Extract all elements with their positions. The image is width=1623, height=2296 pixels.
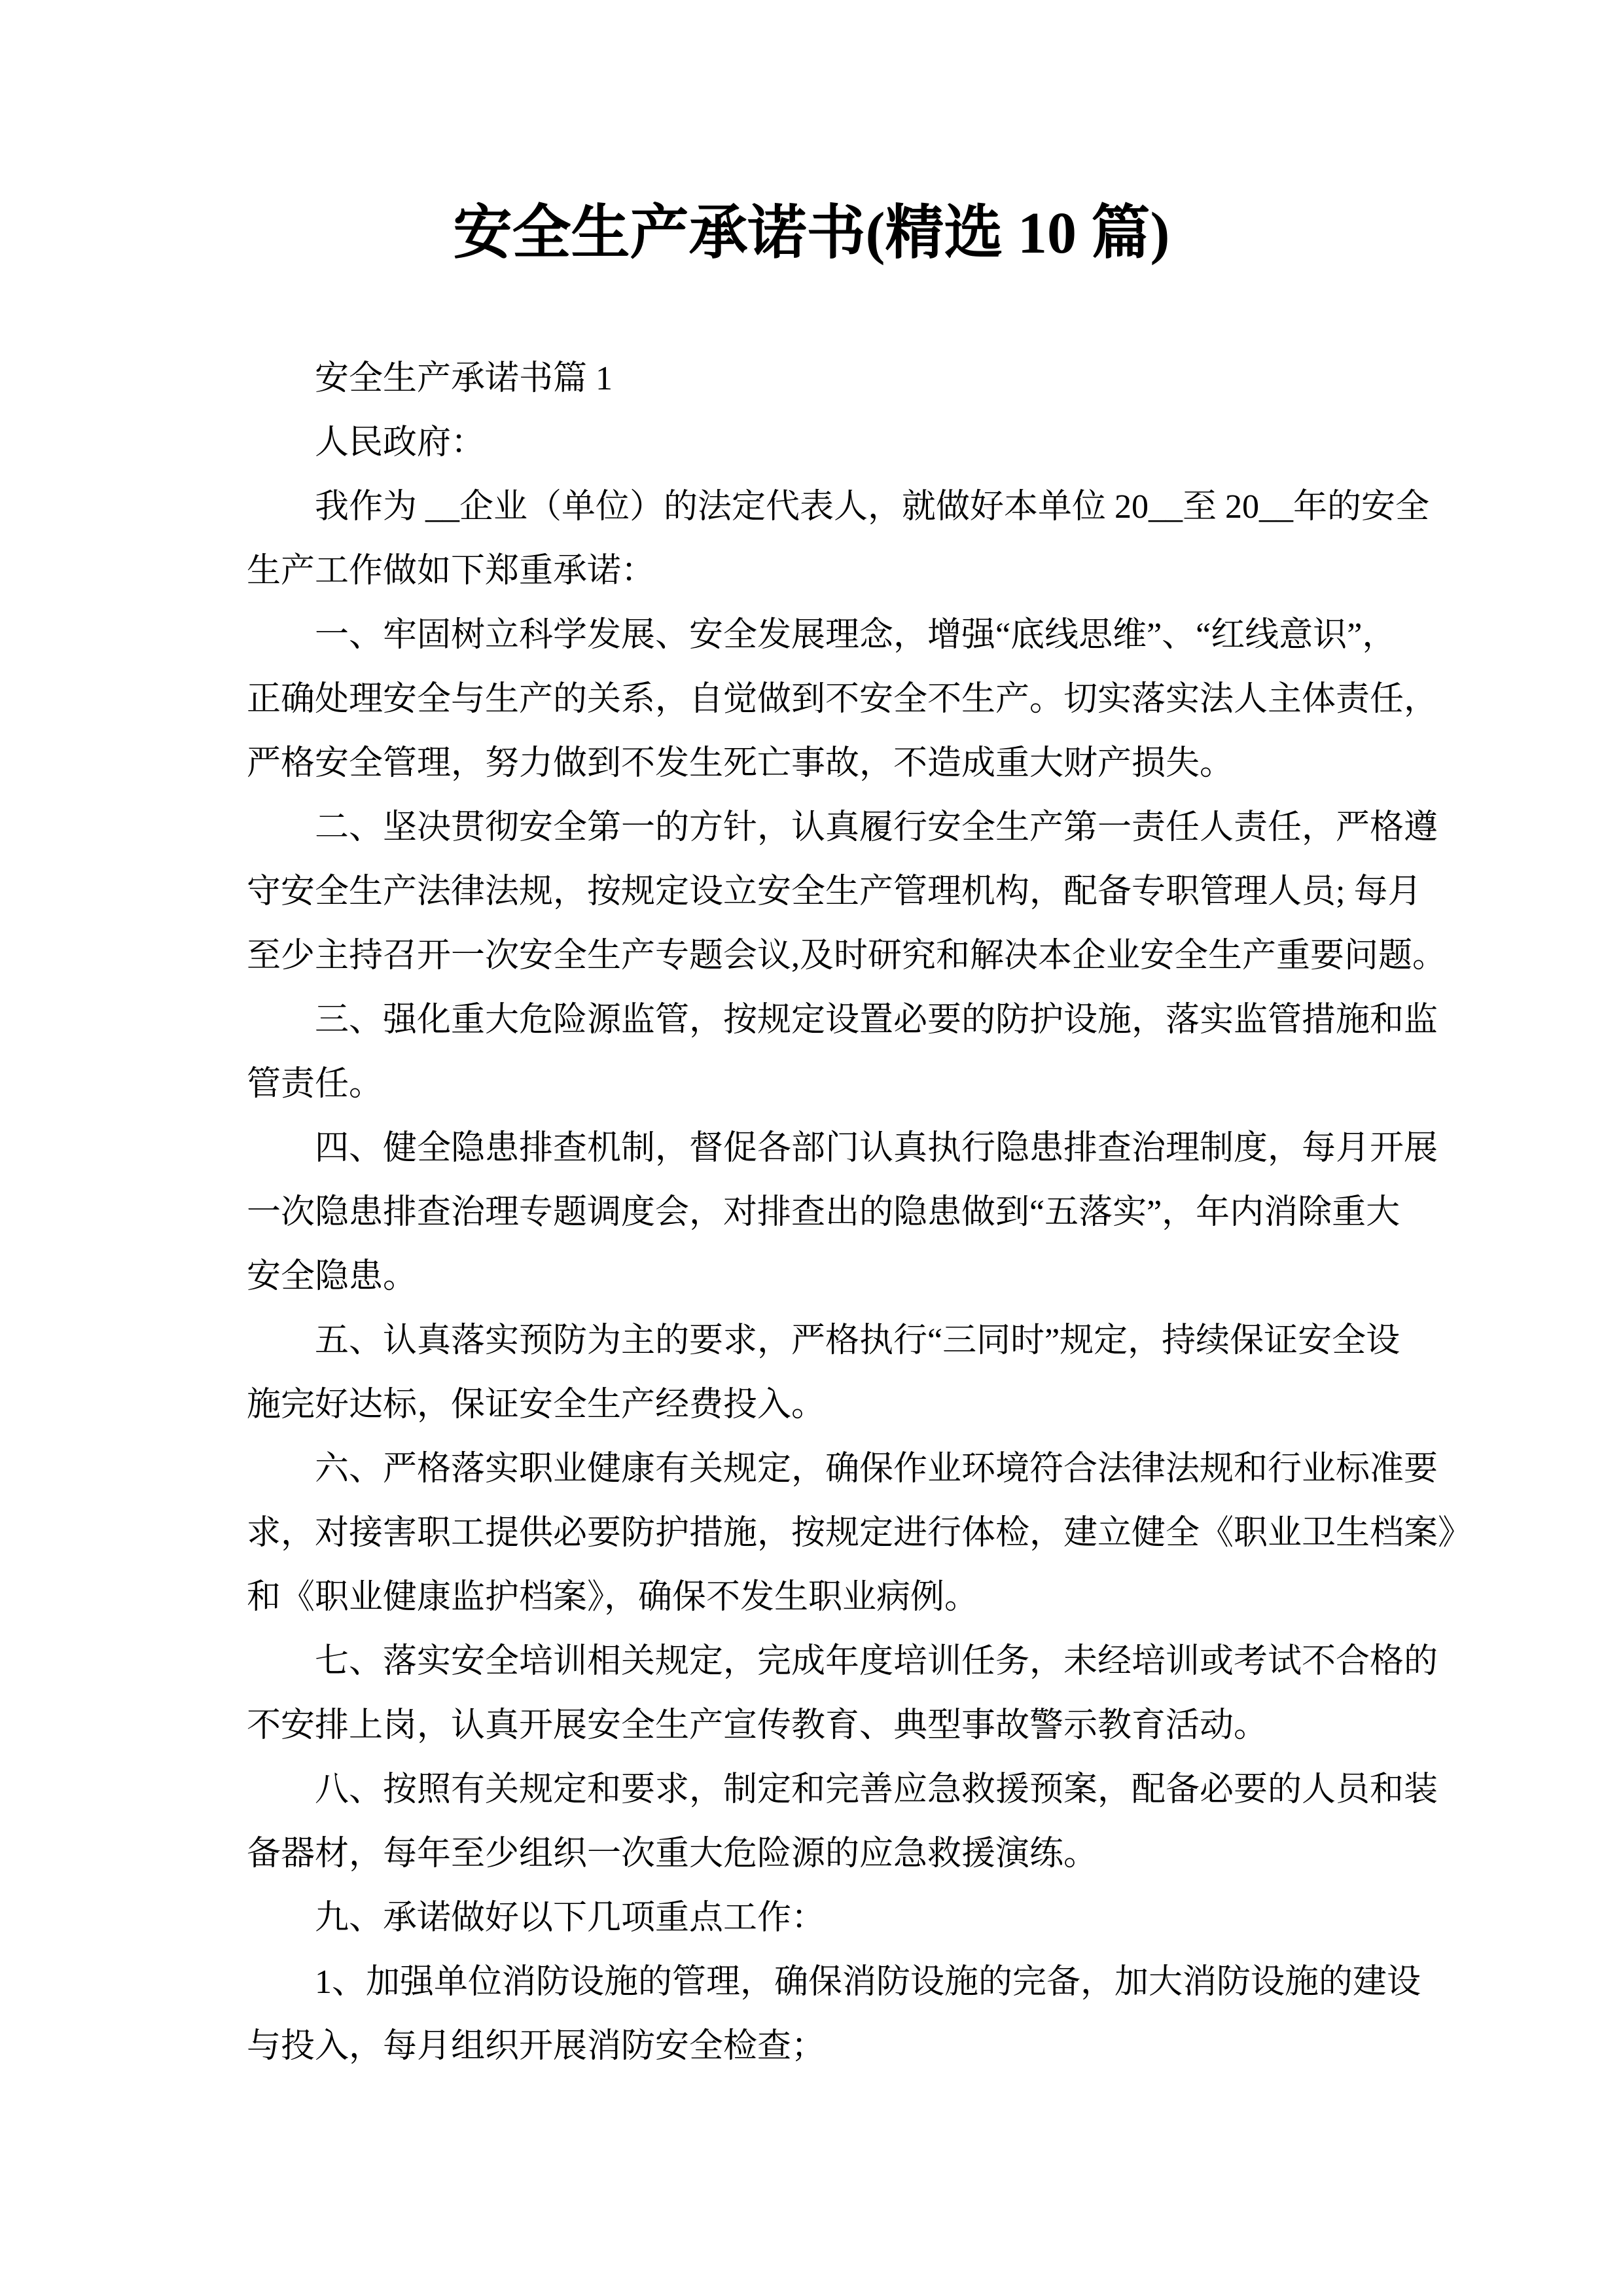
text-line: 与投入，每月组织开展消防安全检查；: [247, 2015, 1379, 2079]
text-line: 七、落实安全培训相关规定，完成年度培训任务，未经培训或考试不合格的: [247, 1630, 1379, 1694]
text-line: 一次隐患排查治理专题调度会，对排查出的隐患做到“五落实”，年内消除重大: [247, 1181, 1379, 1245]
text-line: 安全隐患。: [247, 1245, 1379, 1309]
document-page: 安全生产承诺书(精选 10 篇) 安全生产承诺书篇 1人民政府：我作为 __企业…: [0, 0, 1623, 2296]
paragraph: 人民政府：: [247, 411, 1379, 475]
paragraph: 安全生产承诺书篇 1: [247, 347, 1379, 411]
text-line: 求，对接害职工提供必要防护措施，按规定进行体检，建立健全《职业卫生档案》: [247, 1501, 1379, 1566]
text-line: 备器材，每年至少组织一次重大危险源的应急救援演练。: [247, 1822, 1379, 1886]
paragraph: 五、认真落实预防为主的要求，严格执行“三同时”规定，持续保证安全设施完好达标，保…: [247, 1309, 1379, 1437]
paragraph: 我作为 __企业（单位）的法定代表人，就做好本单位 20__至 20__年的安全…: [247, 475, 1379, 603]
paragraph: 九、承诺做好以下几项重点工作：: [247, 1886, 1379, 1950]
text-line: 六、严格落实职业健康有关规定，确保作业环境符合法律法规和行业标准要: [247, 1437, 1379, 1501]
text-line: 施完好达标，保证安全生产经费投入。: [247, 1373, 1379, 1437]
text-line: 和《职业健康监护档案》，确保不发生职业病例。: [247, 1566, 1379, 1630]
text-line: 人民政府：: [247, 411, 1379, 475]
text-line: 三、强化重大危险源监管，按规定设置必要的防护设施，落实监管措施和监: [247, 988, 1379, 1052]
text-line: 守安全生产法律法规，按规定设立安全生产管理机构，配备专职管理人员; 每月: [247, 860, 1379, 924]
text-line: 生产工作做如下郑重承诺：: [247, 539, 1379, 603]
text-line: 四、健全隐患排查机制，督促各部门认真执行隐患排查治理制度，每月开展: [247, 1117, 1379, 1181]
text-line: 二、坚决贯彻安全第一的方针，认真履行安全生产第一责任人责任，严格遵: [247, 796, 1379, 860]
text-line: 一、牢固树立科学发展、安全发展理念，增强“底线思维”、“红线意识”，: [247, 603, 1379, 668]
paragraph: 四、健全隐患排查机制，督促各部门认真执行隐患排查治理制度，每月开展一次隐患排查治…: [247, 1117, 1379, 1309]
text-line: 正确处理安全与生产的关系，自觉做到不安全不生产。切实落实法人主体责任，: [247, 668, 1379, 732]
text-line: 我作为 __企业（单位）的法定代表人，就做好本单位 20__至 20__年的安全: [247, 475, 1379, 539]
paragraph: 八、按照有关规定和要求，制定和完善应急救援预案，配备必要的人员和装备器材，每年至…: [247, 1758, 1379, 1886]
text-line: 八、按照有关规定和要求，制定和完善应急救援预案，配备必要的人员和装: [247, 1758, 1379, 1822]
paragraph: 1、加强单位消防设施的管理，确保消防设施的完备，加大消防设施的建设与投入，每月组…: [247, 1950, 1379, 2079]
paragraph: 一、牢固树立科学发展、安全发展理念，增强“底线思维”、“红线意识”，正确处理安全…: [247, 603, 1379, 796]
text-line: 管责任。: [247, 1052, 1379, 1117]
text-line: 五、认真落实预防为主的要求，严格执行“三同时”规定，持续保证安全设: [247, 1309, 1379, 1373]
text-line: 安全生产承诺书篇 1: [247, 347, 1379, 411]
text-line: 至少主持召开一次安全生产专题会议,及时研究和解决本企业安全生产重要问题。: [247, 924, 1379, 988]
text-line: 九、承诺做好以下几项重点工作：: [247, 1886, 1379, 1950]
text-line: 严格安全管理，努力做到不发生死亡事故，不造成重大财产损失。: [247, 732, 1379, 796]
paragraph: 二、坚决贯彻安全第一的方针，认真履行安全生产第一责任人责任，严格遵守安全生产法律…: [247, 796, 1379, 988]
document-body: 安全生产承诺书篇 1人民政府：我作为 __企业（单位）的法定代表人，就做好本单位…: [247, 347, 1379, 2079]
text-line: 不安排上岗，认真开展安全生产宣传教育、典型事故警示教育活动。: [247, 1694, 1379, 1758]
paragraph: 三、强化重大危险源监管，按规定设置必要的防护设施，落实监管措施和监管责任。: [247, 988, 1379, 1117]
text-line: 1、加强单位消防设施的管理，确保消防设施的完备，加大消防设施的建设: [247, 1950, 1379, 2015]
document-title: 安全生产承诺书(精选 10 篇): [0, 204, 1623, 263]
paragraph: 六、严格落实职业健康有关规定，确保作业环境符合法律法规和行业标准要求，对接害职工…: [247, 1437, 1379, 1630]
paragraph: 七、落实安全培训相关规定，完成年度培训任务，未经培训或考试不合格的不安排上岗，认…: [247, 1630, 1379, 1758]
